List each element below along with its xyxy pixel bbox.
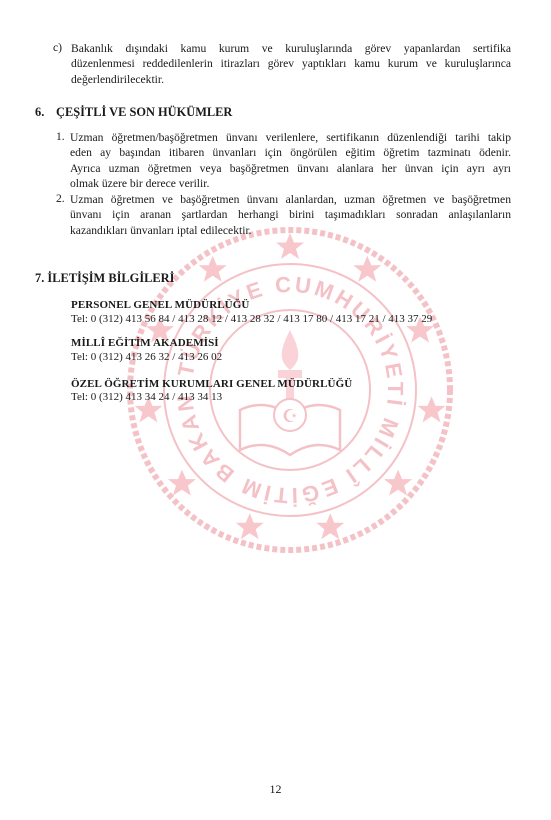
page-number: 12 <box>0 782 551 797</box>
list-item-1-marker: 1. <box>56 130 65 143</box>
text-line: olmak üzere bir derece verilir. <box>70 176 511 191</box>
text-line: kazandıkları ünvanları iptal edilecektir… <box>70 223 511 238</box>
contact-tel-personel: Tel: 0 (312) 413 56 84 / 413 28 12 / 413… <box>71 313 432 325</box>
ministry-seal-watermark-icon: TÜRKİYE CUMHURİYETİ MİLLÎ EĞİTİM BAKANLI… <box>110 210 470 570</box>
list-item-2: Uzman öğretmen ve başöğretmen ünvanı ala… <box>70 192 511 238</box>
text-line: değerlendirilecektir. <box>71 72 511 87</box>
item-c-marker: c) <box>53 41 62 54</box>
contact-name-akademi: MİLLÎ EĞİTİM AKADEMİSİ <box>71 337 219 349</box>
text-line: eden ay başından itibaren ünvanları için… <box>70 145 511 160</box>
text-line: Ayrıca uzman öğretmen veya başöğretmen ü… <box>70 161 511 176</box>
contact-name-ozel-ogretim: ÖZEL ÖĞRETİM KURUMLARI GENEL MÜDÜRLÜĞÜ <box>71 378 352 390</box>
list-item-2-marker: 2. <box>56 192 65 205</box>
contact-tel-akademi: Tel: 0 (312) 413 26 32 / 413 26 02 <box>71 351 222 363</box>
contact-name-personel: PERSONEL GENEL MÜDÜRLÜĞÜ <box>71 299 249 311</box>
text-line: Uzman öğretmen ve başöğretmen ünvanı ala… <box>70 192 511 207</box>
item-c-paragraph: Bakanlık dışındaki kamu kurum ve kuruluş… <box>71 41 511 87</box>
contact-tel-ozel-ogretim: Tel: 0 (312) 413 34 24 / 413 34 13 <box>71 391 222 403</box>
text-line: ünvanı için aranan şartlardan herhangi b… <box>70 207 511 222</box>
svg-text:☪: ☪ <box>282 406 298 427</box>
text-line: Bakanlık dışındaki kamu kurum ve kuruluş… <box>71 41 511 56</box>
text-line: düzenlenmesi reddedilenlerin itirazları … <box>71 56 511 71</box>
list-item-1: Uzman öğretmen/başöğretmen ünvanı verile… <box>70 130 511 192</box>
section-6-number: 6. <box>35 105 44 120</box>
section-7-title: 7. İLETİŞİM BİLGİLERİ <box>35 271 174 286</box>
text-line: Uzman öğretmen/başöğretmen ünvanı verile… <box>70 130 511 145</box>
section-6-title: ÇEŞİTLİ VE SON HÜKÜMLER <box>56 105 232 120</box>
